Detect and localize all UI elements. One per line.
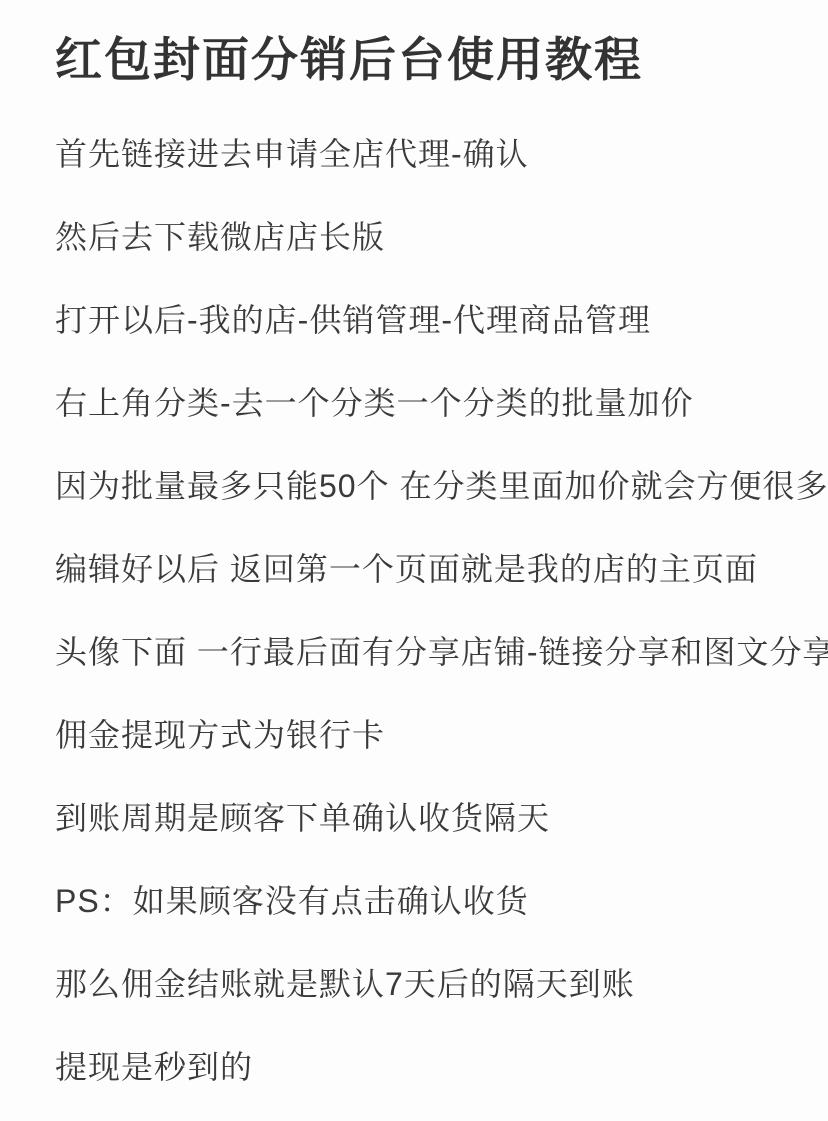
tutorial-step-5: 因为批量最多只能50个 在分类里面加价就会方便很多 bbox=[55, 466, 788, 506]
tutorial-step-11: 那么佣金结账就是默认7天后的隔天到账 bbox=[55, 964, 788, 1004]
tutorial-step-10: PS：如果顾客没有点击确认收货 bbox=[55, 881, 788, 921]
tutorial-step-6: 编辑好以后 返回第一个页面就是我的店的主页面 bbox=[55, 549, 788, 589]
tutorial-step-8: 佣金提现方式为银行卡 bbox=[55, 715, 788, 755]
tutorial-step-2: 然后去下载微店店长版 bbox=[55, 217, 788, 257]
document-page: 红包封面分销后台使用教程 首先链接进去申请全店代理-确认 然后去下载微店店长版 … bbox=[0, 0, 828, 1121]
tutorial-step-3: 打开以后-我的店-供销管理-代理商品管理 bbox=[55, 300, 788, 340]
tutorial-step-7: 头像下面 一行最后面有分享店铺-链接分享和图文分享 bbox=[55, 632, 788, 672]
tutorial-step-12: 提现是秒到的 bbox=[55, 1047, 788, 1087]
tutorial-step-9: 到账周期是顾客下单确认收货隔天 bbox=[55, 798, 788, 838]
tutorial-step-1: 首先链接进去申请全店代理-确认 bbox=[55, 134, 788, 174]
tutorial-step-4: 右上角分类-去一个分类一个分类的批量加价 bbox=[55, 383, 788, 423]
page-title: 红包封面分销后台使用教程 bbox=[55, 30, 788, 90]
